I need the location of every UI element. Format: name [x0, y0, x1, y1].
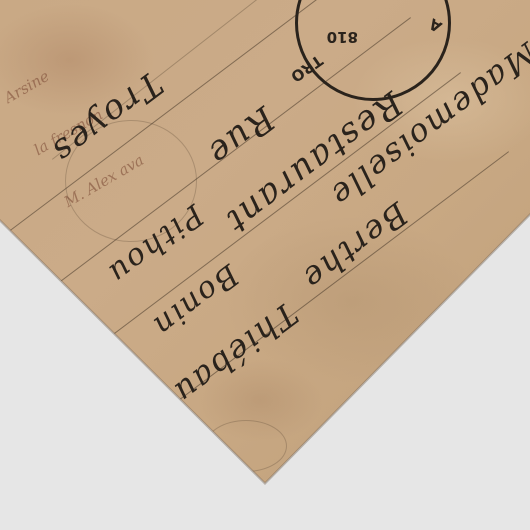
postmark-year: 810 [327, 28, 358, 46]
envelope-paper: Arsine la fresnon M. Alex ava xenoi de x… [0, 0, 530, 530]
address-line-bonin: Bonin [145, 257, 245, 344]
address-line-rue: Rue [199, 98, 282, 174]
photo-scene: Arsine la fresnon M. Alex ava xenoi de x… [0, 0, 530, 530]
address-line-berthe: Berthe [295, 195, 415, 299]
postmark-text-left: TRO [287, 51, 326, 86]
postmark-text-right: A [426, 15, 445, 36]
